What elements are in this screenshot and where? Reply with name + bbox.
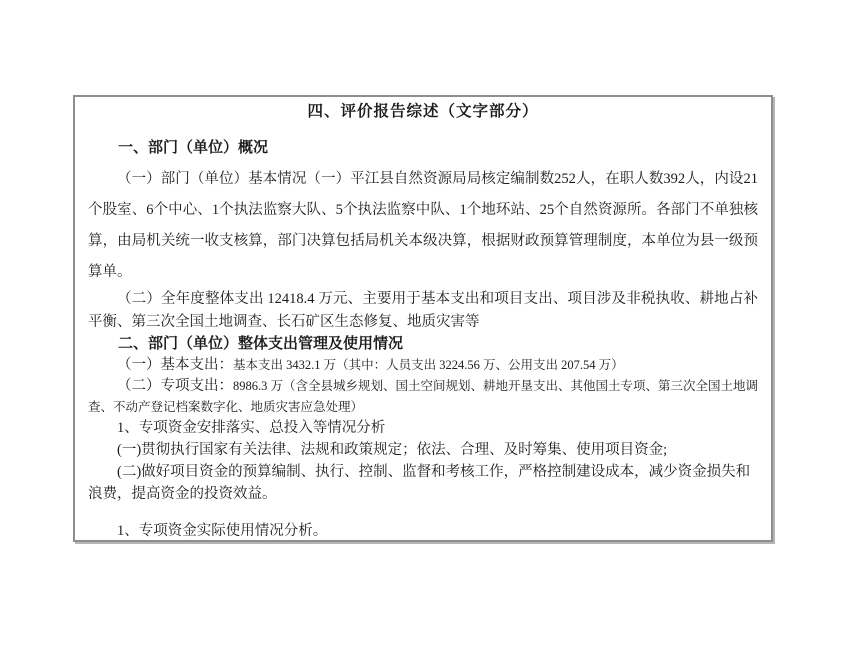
basic-expenditure-line: （一）基本支出：基本支出 3432.1 万（其中：人员支出 3224.56 万、… [88,354,758,376]
basic-expenditure-detail: 基本支出 3432.1 万（其中：人员支出 3224.56 万、公用支出 207… [233,358,624,372]
report-container: 四、评价报告综述（文字部分） 一、部门（单位）概况 （一）部门（单位）基本情况（… [73,95,773,542]
section-expenditure-heading: 二、部门（单位）整体支出管理及使用情况 [88,334,758,354]
section-overview-heading: 一、部门（单位）概况 [88,138,758,158]
special-funds-arrangement-heading: 1、专项资金安排落实、总投入等情况分析 [88,418,758,439]
special-expenditure-label: （二）专项支出： [117,378,233,394]
overview-basic-info-paragraph: （一）部门（单位）基本情况（一）平江县自然资源局局核定编制数252人，在职人数3… [88,164,758,288]
funds-arrangement-point-2: (二)做好项目资金的预算编制、执行、控制、监督和考核工作，严格控制建设成本，减少… [88,461,758,505]
basic-expenditure-label: （一）基本支出： [117,357,233,373]
overview-annual-expenditure-paragraph: （二）全年度整体支出 12418.4 万元、主要用于基本支出和项目支出、项目涉及… [88,288,758,334]
funds-arrangement-point-1: (一)贯彻执行国家有关法律、法规和政策规定；依法、合理、及时筹集、使用项目资金; [88,439,758,461]
report-title: 四、评价报告综述（文字部分） [88,102,758,122]
special-funds-usage-heading: 1、专项资金实际使用情况分析。 [88,521,758,542]
special-expenditure-line: （二）专项支出：8986.3 万（含全县城乡规划、国土空间规划、耕地开垦支出、其… [88,376,758,418]
